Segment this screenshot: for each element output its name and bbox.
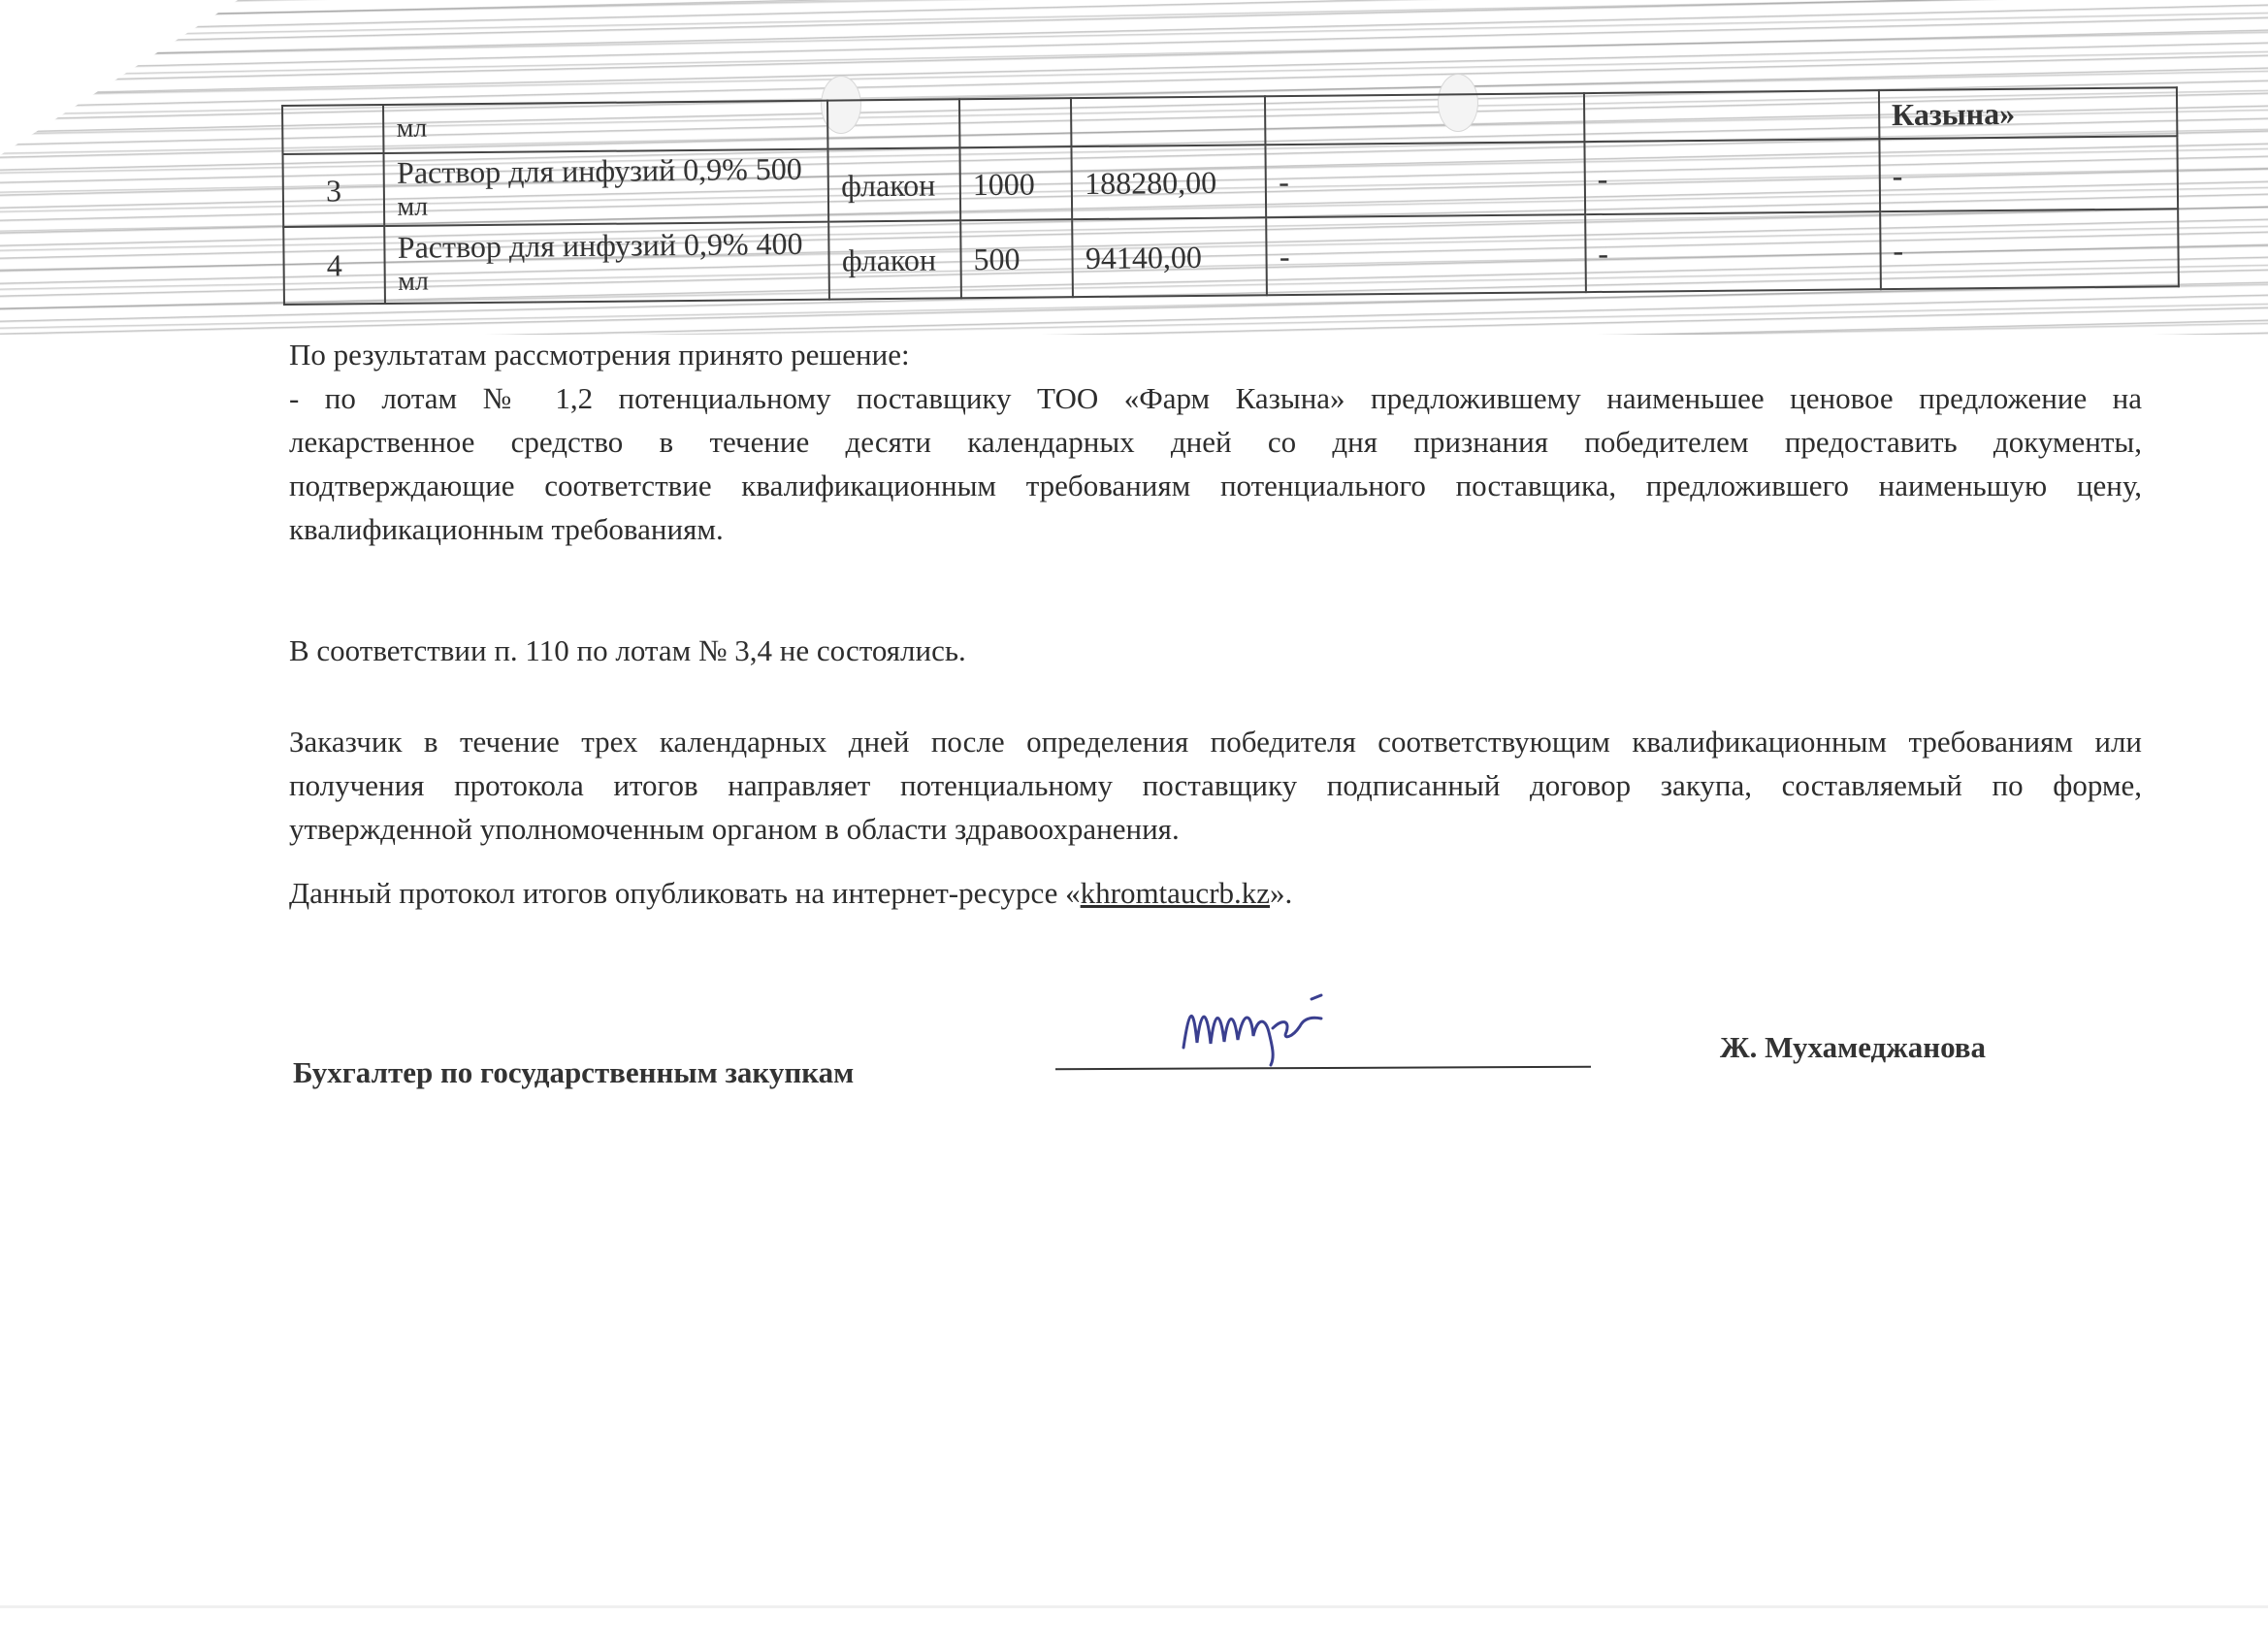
sum-cell: 188280,00: [1072, 145, 1267, 219]
quantity-cell: 1000: [959, 146, 1072, 220]
signer-role: Бухгалтер по государственным закупкам: [293, 1055, 854, 1090]
supplier-a-cell: [1265, 93, 1584, 145]
decision-paragraph: По результатам рассмотрения принято реше…: [289, 333, 2142, 551]
decision-line: лекарственное средство в течение десяти …: [289, 420, 2142, 464]
sum-cell: [1071, 96, 1265, 146]
signer-name: Ж. Мухамеджанова: [1720, 1030, 1986, 1065]
supplier-c-cell: -: [1879, 136, 2178, 211]
supplier-a-cell: -: [1266, 142, 1585, 217]
lots-table: мл Казына» 3 Раствор для инфузий 0,9% 50…: [281, 86, 2180, 306]
lot-number-cell: [282, 105, 384, 154]
website-link[interactable]: khromtaucrb.kz: [1081, 876, 1270, 910]
lot-name-cell: Раствор для инфузий 0,9% 400 мл: [385, 222, 830, 304]
supplier-b-cell: -: [1585, 211, 1881, 292]
quantity-cell: 500: [960, 219, 1073, 298]
unit-cell: флакон: [828, 220, 960, 299]
publish-text: Данный протокол итогов опубликовать на и…: [289, 871, 2142, 915]
supplier-c-cell: Казына»: [1879, 87, 2178, 139]
supplier-b-cell: -: [1584, 139, 1880, 214]
supplier-a-cell: -: [1266, 214, 1585, 295]
handwritten-signature: [1176, 989, 1389, 1067]
unit-cell: [827, 99, 959, 148]
obligation-line: Заказчик в течение трех календарных дней…: [289, 720, 2142, 763]
lot-number-cell: 3: [282, 153, 384, 227]
supplier-c-cell: -: [1880, 209, 2179, 289]
scan-bottom-edge: [0, 1605, 2268, 1608]
lot-name-cell: Раствор для инфузий 0,9% 500 мл: [384, 149, 829, 226]
lot-number-cell: 4: [283, 226, 385, 305]
signature-line: [1055, 1066, 1591, 1070]
sum-cell: 94140,00: [1072, 217, 1267, 297]
decision-line: квалификационным требованиям.: [289, 507, 2142, 551]
obligation-line: получения протокола итогов направляет по…: [289, 763, 2142, 807]
quantity-cell: [959, 98, 1072, 147]
supplier-b-cell: [1584, 90, 1880, 142]
failed-lots-text: В соответствии п. 110 по лотам № 3,4 не …: [289, 629, 2142, 672]
decision-heading: По результатам рассмотрения принято реше…: [289, 333, 2142, 376]
obligation-line: утвержденной уполномоченным органом в об…: [289, 807, 2142, 851]
decision-line: - по лотам № 1,2 потенциальному поставщи…: [289, 376, 2142, 420]
lot-name-cell: мл: [383, 101, 827, 153]
unit-cell: флакон: [828, 147, 960, 221]
decision-line: подтверждающие соответствие квалификацио…: [289, 464, 2142, 507]
customer-obligation-paragraph: Заказчик в течение трех календарных дней…: [289, 720, 2142, 851]
